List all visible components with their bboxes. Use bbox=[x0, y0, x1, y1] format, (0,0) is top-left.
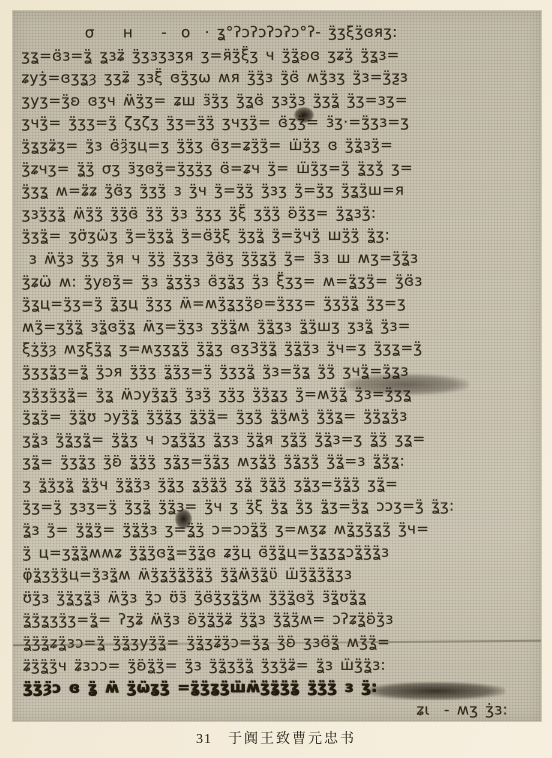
manuscript-line: ʒ̈ʒʓ̈= ʒσ̈ʒω̈ʒ ʒ̈=ʒ̈ʒʓ̈ ʒ̈=ɞ̈ʒ̈ξ ʒ̈ʒʓ̈ ʒ… bbox=[22, 224, 533, 248]
manuscript-line: ʒ̈ʒ=ʒ̈ ʒзʒ=ʒ̈ ʒ̈ʒʓ̈ ʒ̈ʓ̈з= ʒ̈ч ʒ ʒ̈ξ ʒ̈ʓ… bbox=[22, 495, 533, 519]
manuscript-line: φ̈ʓ̈ʒʒ̈ʒ̈ц=ʒ̈ɜʓ̈ʍ ʍ̈ʒ̈ʓʒ̈ʓ̈ʒ̈ʓ̈ʒ̈ ʒ̈ʓ̈ʍ̈… bbox=[23, 563, 534, 587]
manuscript-line: σ ʜ - o · ʓ°ʔɔʔɔʔɔʔɔ°ʔ- ʒ̈ʒξʒ̈ɞяʒ: bbox=[21, 20, 532, 44]
manuscript-line: ʍʒ̈=ʒʒ̈ʓ̈ зʓ̈ɞʒ̈ʓ ʍ̈ʒ=ʒ̈ʒɜ ʒʒ̈ʓ̈ʍ ʒ̈ʓ̈ʒз… bbox=[22, 314, 533, 338]
manuscript-line: ʒ̈ʑω̈ ʍ: ʒ̈уʚʒ̈= ʒ̈ɜ ʓ̈ʒʒ̈з ɞ̈ʒʓ̈ʒ ʒ̈з ξ… bbox=[22, 269, 533, 293]
ink-smudge bbox=[294, 107, 314, 123]
ink-smudge bbox=[365, 682, 505, 700]
manuscript-line: ʑ̈ʒ̈ʓ̈ʒ̈ч ʑ̈ɜɔɔ= ʒ̈ʚ̈ʓ̈ʒ̈= ʒ̈ɜ ʒ̈ʓ̈ʒʒ̈ʓ̈… bbox=[23, 653, 534, 677]
manuscript-line: ʓ̈ʒ̈ʓʒʒ̈ʒ=ʓ̈= ʔʒʑ̈ ʍ̈ʒ̈ɜ ʚ̈ʒ̈ʓ̈ʒ̈ʑ̈ ʒ̈ʓ̈… bbox=[23, 608, 534, 632]
manuscript-line: з ʍ̈ʒ̈з ʒ̈ʒ ʒ̈я ч ʒ̈ʒ̈ ʒ̈ʒз ʒ̈ɞ̈ʒ ʒ̈ʒ̈ʓʒ… bbox=[22, 246, 533, 270]
ink-smudge bbox=[175, 509, 192, 529]
manuscript-line: ʒ̈ʓʒʑ̈ʒ= ʒ̈ɜ ɞ̈ȝ̈ʒц=ʒ ʒ̈ʒ̈ʒ ɞ̈ʒ=ʑʒ̈ʒ̈= ш… bbox=[21, 133, 532, 157]
figure-number: 31 bbox=[196, 732, 212, 747]
manuscript-line: ʑуʒ̇=ɞʒʓȝ ʒʒʑ̈ ʒзξ̈ ɞʒ̈ʒω ʍя ʒ̈ʒ̈з ʒ̈ɞ̈ … bbox=[21, 66, 532, 90]
manuscript-line: ʒзʒ̈ʒʓ̈ ʍ̈ʒ̈ʒ̈ ʒ̈ʒ̈ɞ̈ ʒ̈ʒ̈ ʒ̈з ʒ̈ʒʒ ʒ̈ξ̈… bbox=[22, 201, 533, 225]
manuscript-line: ʒ̈ ц=ʒʓ̈ʓ̈ʍʍʑ ʒ̈ʓ̈ʒ̈ɞʓ̈=ʒ̈ʓ̈ɞ ʑʒ̈ц ɞ̈ʒ̈ʓ… bbox=[22, 540, 533, 564]
manuscript-line: ʊ̈ʒ̈ɜ ʒ̈ʓ̈ʒʓ̈ɜ̈ ʍ̈ʒ̈ɜ ʒ̈ɔ ʊ̈ɜ̈ ʒ̈ɞ̈ʒ̈ʒʓ̈… bbox=[23, 585, 534, 609]
manuscript-text: σ ʜ - o · ʓ°ʔɔʔɔʔɔʔɔ°ʔ- ʒ̈ʒξʒ̈ɞяʒ:ʒʓ=ɞ̈з… bbox=[13, 11, 541, 721]
manuscript-line: ʒ̈ʒʓ ʍ=ʑ̈ʑ ʒ̈ɞ̈ʒ ʒ̈ʒʒ̈ з ʒ̈ч ʒ̈=ʒ̈ʒ̈ ʒ̈ɜ… bbox=[22, 178, 533, 202]
manuscript-line: ʑι - ʍʒ ʒ̇з: bbox=[23, 698, 534, 721]
manuscript-line: ξʒ̇ʒ̈ȝ ʍʒξʒ̈ʓ ʒ=ʍʒʒʓʒ̈ ʒ̈ʓ̈ʒ ɞʒ3ʒ̈ʓ̈ ʒ̈ʓ… bbox=[22, 337, 533, 361]
manuscript-line: ʒ̈ʑчʒ= ʓ̈ʒ̈ σʒ ɜ̈ʒɞʒ̈=ʒ̈ʒʒ̈ʒ ɞ̈=ʑч ʒ̈= ш… bbox=[21, 156, 532, 180]
manuscript-photo: σ ʜ - o · ʓ°ʔɔʔɔʔɔʔɔ°ʔ- ʒ̈ʒξʒ̈ɞяʒ:ʒʓ=ɞ̈з… bbox=[13, 11, 541, 721]
manuscript-line: ʒуʒ=ʒ̈ʚ ɞʒч ʍ̈ʒ̈ʒ= ʑш ɜ̈ʒ̈ʒ ʒ̈ʓɞ̈ ʒзʒ̈ɜ … bbox=[21, 88, 532, 112]
manuscript-line: ʒ ʓ̈ʒ̈ʒʓ̈ ʓ̈ʒ̈ч ʒ̈ʓ̈ʒ̈з ʒ̈ʓ̈ʒ ʓʒ̈ʓ̈ʒ̈ ʒʓ… bbox=[22, 472, 533, 496]
manuscript-line: ʒʓ̈= ʒ̈ʒʓ̈ʒ ʒ̈ʚ̈ ʓ̈ʒ̈ʒ̈ ʒʓ̈ʒ=ʒ̈ʓ̈ʒ ʍʒʓ̈ʒ… bbox=[22, 450, 533, 474]
manuscript-line: ʓ̈ɜ ʒ̈= ʒ̈ʓ̈ʒ̈= ʒ̈ʓ̈ʒ̈з ʒ=ʓ̈ʒ̈ ɔ=ɔɔʓ̈ʒ̈ … bbox=[22, 517, 533, 541]
manuscript-line: ʒ̈ʓц=ʒ̈ʒ=ʒ̈ ʓ̈ʒц ʒ̈ʒʒ ʍ̈=ʍʒ̈ʓʒʒ̈ʚ=ʒ̈ʒʒ= … bbox=[22, 291, 533, 315]
manuscript-line: ʒʓ̈з ʒ̈ʓ̈ʒʓ̈= ʒ̈ʓ̈ʒ ч ɔʓʒ̈ʓ̈ʒ ʓ̈ʒз ʒ̈ʓ̈я… bbox=[22, 427, 533, 451]
ink-smudge bbox=[343, 374, 469, 395]
manuscript-line: ʒʓ=ɞ̈з=ʓ̈ ʓзʑ̈ ʒ̈ʒзʒзʒя ʒ=я̈ʒ̈ξ̈ʒ ч ʒ̈ʓ̈… bbox=[21, 43, 532, 67]
figure-title: 于阗王致曹元忠书 bbox=[228, 732, 356, 747]
figure-caption: 31于阗王致曹元忠书 bbox=[0, 728, 552, 748]
manuscript-line: ʒчʒ̈= ʒ̈ʒʒ=ʒ̈ ζʒζʒ ʒ̈ʒ=ʒ̈ʒ̈ ʒчʒʒ̈= ɞ̈ʒʒ̈… bbox=[21, 111, 532, 135]
book-page: σ ʜ - o · ʓ°ʔɔʔɔʔɔʔɔ°ʔ- ʒ̈ʒξʒ̈ɞяʒ:ʒʓ=ɞ̈з… bbox=[0, 0, 552, 758]
manuscript-line: ʒ̈ʓʒ̈= ʒ̈ʓ̈ʊ ɔуʒ̈ʓ̈ ʒ̈ʒ̈ʓ̈ʒ ʓ̈ʒ̈ʓ̈= ʒ̈ʒʒ… bbox=[22, 404, 533, 428]
